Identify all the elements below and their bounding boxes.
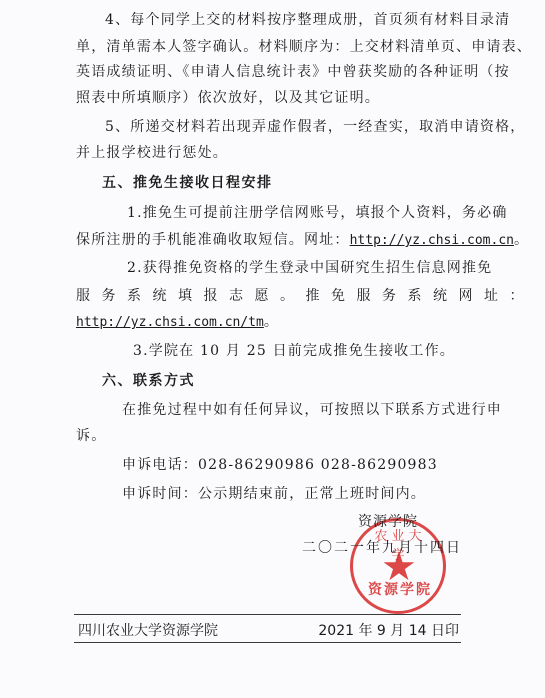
official-seal: 农业大学 ★ 资源学院 — [350, 518, 446, 614]
section5-p2-suffix: 。 — [264, 314, 279, 330]
section5-p3: 3.学院在 10 月 25 日前完成推免生接收工作。 — [133, 342, 468, 360]
section6-p1-line1: 在推免过程中如有任何异议，可按照以下联系方式进行申 — [122, 401, 457, 419]
section5-p1-line2: 保所注册的手机能准确收取短信。网址：http://yz.chsi.com.cn。 — [76, 231, 462, 250]
section5-heading: 五、推免生接收日程安排 — [102, 174, 488, 192]
chsi-link[interactable]: http://yz.chsi.com.cn — [350, 233, 514, 248]
section5-p2-line2: 服务系统填报志愿。推免服务系统网址： — [76, 287, 462, 305]
chsi-tm-link[interactable]: http://yz.chsi.com.cn/tm — [76, 315, 264, 330]
section5-p1-line1: 1.推免生可提前注册学信网账号，填报个人资料，务必确 — [127, 204, 462, 222]
section5-p2-line3: http://yz.chsi.com.cn/tm。 — [76, 313, 462, 332]
item5-line2: 并上报学校进行惩处。 — [76, 144, 462, 162]
section5-p1-prefix: 保所注册的手机能准确收取短信。网址： — [76, 232, 350, 248]
item5-line1: 5、所递交材料若出现弄虚作假者，一经查实，取消申请资格， — [105, 118, 462, 136]
section6-p1-line2: 诉。 — [76, 427, 462, 445]
signature-date: 二〇二一年九月十四日 — [302, 539, 462, 557]
appeal-phone: 申诉电话：028-86290986 028-86290983 — [122, 456, 457, 474]
footer-top-rule — [74, 614, 461, 615]
footer-print-date: 2021 年 9 月 14 日印 — [318, 622, 459, 640]
footer-org: 四川农业大学资源学院 — [78, 622, 218, 640]
item4-line4: 照表中所填顺序）依次放好，以及其它证明。 — [76, 89, 462, 107]
seal-bottom-text: 资源学院 — [365, 579, 435, 599]
footer-bottom-rule — [74, 642, 461, 643]
appeal-time: 申诉时间：公示期结束前，正常上班时间内。 — [122, 485, 457, 503]
section6-heading: 六、联系方式 — [102, 372, 488, 390]
section5-p1-suffix: 。 — [514, 232, 529, 248]
item4-line2: 单，清单需本人签字确认。材料顺序为：上交材料清单页、申请表、 — [76, 38, 462, 56]
signature-org: 资源学院 — [358, 513, 418, 531]
section5-p2-line1: 2.获得推免资格的学生登录中国研究生招生信息网推免 — [127, 259, 462, 277]
item4-line3: 英语成绩证明、《申请人信息统计表》中曾获奖励的各种证明（按 — [76, 63, 462, 81]
item4-line1: 4、每个同学上交的材料按序整理成册，首页须有材料目录清 — [105, 11, 462, 29]
